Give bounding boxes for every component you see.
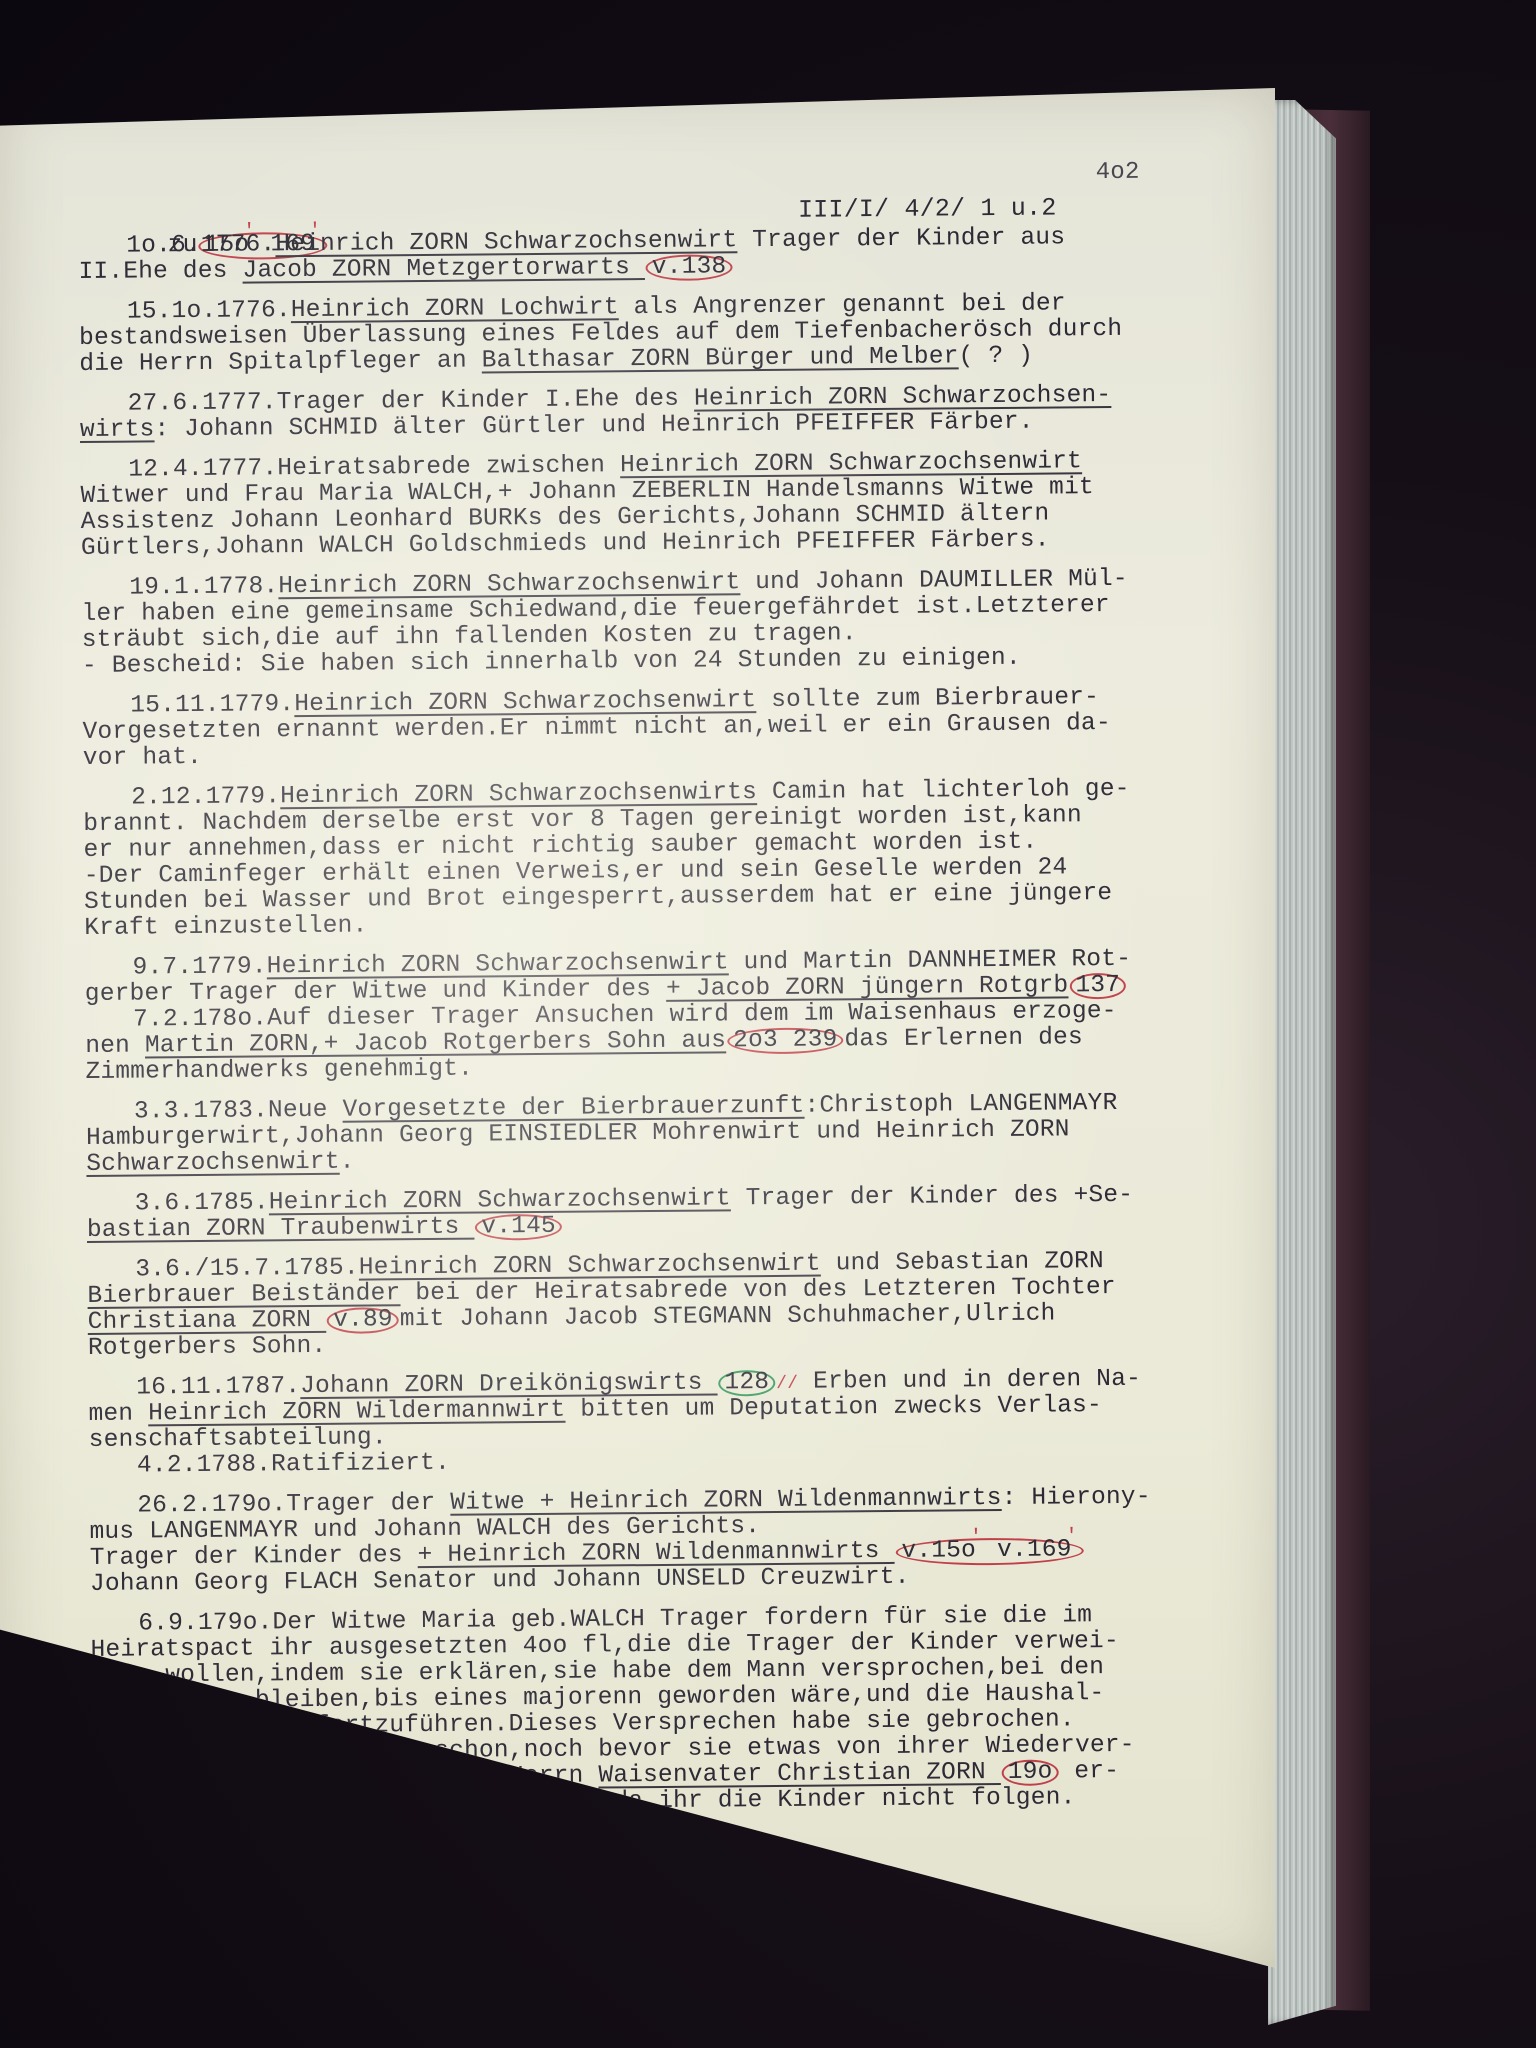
page-number: 4o2	[1096, 159, 1140, 186]
reference-number: v.15o	[901, 1537, 976, 1565]
text-line: 3.3.1783.Neue Vorgesetzte der Bierbrauer…	[86, 1090, 1266, 1126]
text-line: 3.6.1785.Heinrich ZORN Schwarzochsenwirt…	[87, 1182, 1267, 1218]
circled-reference: v.89	[327, 1307, 399, 1334]
entry-gap	[88, 1352, 1268, 1376]
text-line: ler haben eine gemeinsame Schiedwand,die…	[81, 592, 1261, 628]
line-text: bitten um Deputation zwecks Verlas-	[565, 1392, 1102, 1424]
underlined-name: Johann ZORN Dreikönigswirts	[300, 1369, 718, 1400]
reference-number: 2o3	[733, 1027, 778, 1054]
text-line: 16.11.1787.Johann ZORN Dreikönigswirts 1…	[88, 1366, 1268, 1402]
text-line: 6.9.179o.Der Witwe Maria geb.WALCH Trage…	[90, 1602, 1270, 1638]
text-line: 2.12.1779.Heinrich ZORN Schwarzochsenwir…	[83, 776, 1263, 812]
circled-reference: v.145	[475, 1214, 562, 1241]
underlined-name: Heinrich ZORN Schwarzochsenwirt	[269, 1185, 731, 1216]
line-text: Trager der Kinder des	[90, 1542, 418, 1572]
text-line: Heiratspact ihr ausgesetzten 4oo fl,die …	[90, 1628, 1270, 1664]
line-text: Ratifiziert.	[271, 1450, 450, 1479]
entry-gap	[86, 1076, 1266, 1100]
text-line: 12.4.1777.Heiratsabrede zwischen Heinric…	[80, 448, 1260, 484]
line-text: : Hierony-	[1002, 1484, 1151, 1512]
entry-gap	[81, 552, 1261, 576]
underlined-name: Heinrich ZORN Lochwirt	[291, 294, 619, 324]
line-text: Camin hat lichterloh ge-	[757, 776, 1130, 806]
text-line: brannt. Nachdem derselbe erst vor 8 Tage…	[83, 802, 1263, 838]
entry-gap	[89, 1470, 1269, 1494]
line-text: -Der Caminfeger erhält einen Verweis,er …	[84, 854, 1068, 890]
text-line: Witwer und Frau Maria WALCH,+ Johann ZEB…	[80, 474, 1260, 510]
line-text: mus LANGENMAYR und Johann WALCH des Geri…	[89, 1513, 760, 1546]
underlined-name: Heinrich ZORN Schwarzochsenwirt	[359, 1251, 821, 1282]
line-text: Witwer und Frau Maria WALCH,+ Johann ZEB…	[80, 474, 1094, 510]
line-text: II.Ehe des	[78, 258, 242, 286]
entry: 6.9.179o.Der Witwe Maria geb.WALCH Trage…	[90, 1602, 1272, 1846]
line-text: bestandsweisen Überlassung eines Feldes …	[79, 316, 1122, 352]
line-text: bei der Heiratsabrede von des Letzteren …	[400, 1274, 1116, 1307]
line-text: Auf dieser Trager Ansuchen wird dem im W…	[267, 998, 1117, 1032]
entry-date: 3.3.1783.	[134, 1097, 268, 1125]
text-line: mus LANGENMAYR und Johann WALCH des Geri…	[89, 1510, 1269, 1546]
line-text: Hamburgerwirt,Johann Georg EINSIEDLER Mo…	[86, 1116, 1070, 1152]
line-text: Heiratspact ihr ausgesetzten 4oo fl,die …	[90, 1628, 1118, 1664]
text-line: 26.2.179o.Trager der Witwe + Heinrich ZO…	[89, 1484, 1269, 1520]
line-text: - Bescheid: Sie haben sich innerhalb von…	[82, 645, 1021, 680]
text-line: men Heinrich ZORN Wildermannwirt bitten …	[88, 1392, 1268, 1428]
line-text: Rotgerbers Sohn.	[88, 1333, 327, 1362]
entry-gap	[87, 1234, 1267, 1258]
line-text: Der Witwe Maria geb.WALCH Trager fordern…	[272, 1602, 1092, 1636]
line-text: er nur annehmen,dass er nicht richtig sa…	[83, 829, 1037, 864]
underlined-name: + Heinrich ZORN Wildenmannwirts	[418, 1538, 895, 1569]
entry: 3.3.1783.Neue Vorgesetzte der Bierbrauer…	[86, 1090, 1267, 1178]
text-line: Gürtlers,Johann WALCH Goldschmieds und H…	[81, 526, 1261, 562]
line-text: senschaftsabteilung.	[89, 1424, 387, 1454]
circled-reference-green: 128	[718, 1370, 775, 1396]
line-text: men	[88, 1400, 148, 1428]
line-text: Gürtlers,Johann WALCH Goldschmieds und H…	[81, 527, 1050, 562]
line-text: Erben und in deren Na-	[798, 1366, 1141, 1396]
entry-date: 6.9.179o.	[138, 1609, 272, 1637]
text-line: vor hat.	[83, 736, 1263, 772]
entry-date: 15.11.1779.	[130, 691, 294, 719]
entry-date: 27.6.1777.	[128, 389, 277, 417]
underlined-name: Waisenvater Christian ZORN	[598, 1759, 1001, 1790]
text-line: -Der Caminfeger erhält einen Verweis,er …	[84, 854, 1264, 890]
line-text: mit Johann Jacob STEGMANN Schuhmacher,Ul…	[400, 1301, 1056, 1334]
text-line: senschaftsabteilung.	[89, 1418, 1269, 1454]
text-line: - Sie erhält ihre 4oo fl.	[92, 1810, 1272, 1846]
text-line: 1o.6.1776.Heinrich ZORN Schwarzochsenwir…	[78, 224, 1258, 260]
typewritten-sheet: 4o2 III/I/ 4/2/ 1 u.2 zu15o' 169' 1o.6.1…	[78, 198, 1272, 1846]
text-line: Bierbrauer Beiständer bei der Heiratsabr…	[87, 1274, 1267, 1310]
line-text: Trager der Kinder aus	[737, 224, 1065, 254]
text-line: klärt,dass sie nicht bleiben könne,da ih…	[92, 1784, 1272, 1820]
line-text: Kindern zu bleiben,bis eines majorenn ge…	[91, 1680, 1105, 1716]
entry: 15.11.1779.Heinrich ZORN Schwarzochsenwi…	[82, 684, 1263, 772]
strike-mark: //	[776, 1374, 798, 1394]
entry: 15.1o.1776.Heinrich ZORN Lochwirt als An…	[79, 290, 1260, 378]
circled-reference: 137	[1069, 973, 1126, 999]
underlined-name: Heinrich ZORN Schwarzochsenwirt	[620, 448, 1082, 479]
underlined-name: + Jacob ZORN jüngern Rotgrb	[666, 972, 1069, 1003]
reference-number: v.169	[997, 1536, 1072, 1564]
text-line: 7.2.178o.Auf dieser Trager Ansuchen wird…	[85, 998, 1265, 1034]
line-text: Trager der	[286, 1490, 450, 1518]
line-text: Stunden bei Wasser und Brot eingesperrt,…	[84, 880, 1112, 916]
entry-gap	[79, 368, 1259, 392]
entry-gap	[86, 1168, 1266, 1192]
text-line: 19.1.1778.Heinrich ZORN Schwarzochsenwir…	[81, 566, 1261, 602]
entry-date: 3.6./15.7.1785.	[135, 1255, 359, 1284]
line-text: heiratung gewusst hätte,dem Herrn	[92, 1763, 599, 1794]
entry-date: 26.2.179o.	[137, 1491, 286, 1519]
entry-gap	[80, 434, 1260, 458]
line-text: Vorgesetzten ernannt werden.Er nimmt nic…	[82, 710, 1110, 746]
underlined-name: Vorgesetzte der Bierbrauerzunft	[342, 1093, 804, 1124]
circled-reference: 19o	[1002, 1760, 1059, 1786]
entry: 16.11.1787.Johann ZORN Dreikönigswirts 1…	[88, 1366, 1269, 1480]
underlined-name: Heinrich ZORN Schwarzochsenwirt	[275, 227, 737, 258]
underlined-name: Heinrich ZORN Schwarzochsenwirts	[280, 779, 757, 810]
entry-gap	[90, 1588, 1270, 1612]
text-line: Rotgerbers Sohn.	[88, 1326, 1268, 1362]
underlined-name: bastian ZORN Traubenwirts	[87, 1214, 475, 1244]
text-line: wirts: Johann SCHMID älter Gürtler und H…	[80, 408, 1260, 444]
text-line: Zimmerhandwerks genehmigt.	[85, 1050, 1265, 1086]
line-text: er-	[1059, 1758, 1119, 1786]
underlined-name: Heinrich ZORN Wildermannwirt	[148, 1397, 566, 1428]
circled-reference-pair: v.15o' v.169'	[895, 1537, 1084, 1566]
text-line: Trager der Kinder des + Heinrich ZORN Wi…	[90, 1536, 1270, 1572]
line-text: und Johann DAUMILLER Mül-	[740, 566, 1128, 596]
line-text: Trager der Kinder I.Ehe des	[277, 386, 695, 417]
text-line: 27.6.1777.Trager der Kinder I.Ehe des He…	[80, 382, 1260, 418]
line-text: -Sie erklärt,sie hätte schon,noch bevor …	[91, 1732, 1134, 1768]
entry: 3.6./15.7.1785.Heinrich ZORN Schwarzochs…	[87, 1248, 1268, 1362]
text-line: 4.2.1788.Ratifiziert.	[89, 1444, 1269, 1480]
text-line: -Sie erklärt,sie hätte schon,noch bevor …	[91, 1732, 1271, 1768]
line-text: ( ? )	[958, 343, 1033, 371]
underlined-name: Bierbrauer Beiständer	[87, 1280, 400, 1310]
entry: 1o.6.1776.Heinrich ZORN Schwarzochsenwir…	[78, 224, 1258, 286]
line-text: brannt. Nachdem derselbe erst vor 8 Tage…	[83, 802, 1082, 838]
line-text: Johann Georg FLACH Senator und Johann UN…	[90, 1564, 910, 1598]
text-line: Assistenz Johann Leonhard BURKs des Geri…	[81, 500, 1261, 536]
text-line: bestandsweisen Überlassung eines Feldes …	[79, 316, 1259, 352]
entry-date: 19.1.1778.	[129, 573, 278, 601]
line-text: Trager der Kinder des +Se-	[731, 1182, 1134, 1213]
text-line: Vorgesetzten ernannt werden.Er nimmt nic…	[82, 710, 1262, 746]
entry-gap	[79, 276, 1259, 300]
shelfmark: III/I/ 4/2/ 1 u.2	[798, 193, 1057, 224]
text-line: heiratung gewusst hätte,dem Herrn Waisen…	[92, 1758, 1272, 1794]
line-text: :Christoph LANGENMAYR	[804, 1090, 1117, 1120]
entry-gap	[82, 670, 1262, 694]
line-text: - Sie erhält ihre 4oo fl.	[92, 1816, 465, 1846]
underlined-name: Witwe + Heinrich ZORN Wildenmannwirts	[450, 1485, 1002, 1517]
text-line: bastian ZORN Traubenwirts v.145	[87, 1208, 1267, 1244]
text-line: tungsgeschäfte fortzuführen.Dieses Versp…	[91, 1706, 1271, 1742]
cross-reference: zu15o' 169'	[78, 198, 1258, 234]
text-line: sträubt sich,die auf ihn fallenden Koste…	[82, 618, 1262, 654]
entries-list: 1o.6.1776.Heinrich ZORN Schwarzochsenwir…	[78, 224, 1272, 1846]
text-line: 9.7.1779.Heinrich ZORN Schwarzochsenwirt…	[85, 946, 1265, 982]
entry-gap	[83, 762, 1263, 786]
line-text: als Angrenzer genannt bei der	[619, 290, 1066, 321]
line-text: .	[340, 1149, 355, 1176]
cross-reference-prefix: zu	[168, 232, 198, 259]
entry-date: 4.2.1788.	[137, 1451, 271, 1479]
entry: 19.1.1778.Heinrich ZORN Schwarzochsenwir…	[81, 566, 1262, 680]
reference-number: 239	[793, 1026, 838, 1053]
entry-gap	[84, 932, 1264, 956]
underlined-name: Schwarzochsenwirt	[86, 1149, 340, 1178]
underlined-name: Heinrich ZORN Schwarzochsenwirt	[278, 569, 740, 600]
text-line: 15.1o.1776.Heinrich ZORN Lochwirt als An…	[79, 290, 1259, 326]
entry-date: 1o.6.1776.	[126, 231, 275, 259]
line-text: und Martin DANNHEIMER Rot-	[729, 946, 1132, 977]
text-line: die Herrn Spitalpfleger an Balthasar ZOR…	[79, 342, 1259, 378]
text-line: Schwarzochsenwirt.	[86, 1142, 1266, 1178]
underlined-name: Christiana ZORN	[88, 1307, 327, 1336]
text-line: Stunden bei Wasser und Brot eingesperrt,…	[84, 880, 1264, 916]
underlined-name: Martin ZORN,+ Jacob Rotgerbers Sohn aus	[145, 1027, 726, 1059]
book-page: 4o2 III/I/ 4/2/ 1 u.2 zu15o' 169' 1o.6.1…	[0, 88, 1275, 1968]
entry: 26.2.179o.Trager der Witwe + Heinrich ZO…	[89, 1484, 1270, 1598]
line-text: sollte zum Bierbrauer-	[756, 684, 1099, 714]
line-text: und Sebastian ZORN	[821, 1248, 1104, 1277]
line-text: klärt,dass sie nicht bleiben könne,da ih…	[92, 1784, 1076, 1820]
text-line: 3.6./15.7.1785.Heinrich ZORN Schwarzochs…	[87, 1248, 1267, 1284]
entry-date: 15.1o.1776.	[127, 297, 291, 325]
text-line: Kindern zu bleiben,bis eines majorenn ge…	[91, 1680, 1271, 1716]
text-line: Kraft einzustellen.	[84, 906, 1264, 942]
line-text: vor hat.	[83, 744, 202, 772]
circled-reference: 15o' 169'	[198, 232, 327, 260]
line-text: sträubt sich,die auf ihn fallenden Koste…	[82, 620, 857, 654]
entry: 2.12.1779.Heinrich ZORN Schwarzochsenwir…	[83, 776, 1264, 942]
tick-mark: '	[970, 1526, 982, 1549]
tick-mark: '	[1065, 1525, 1077, 1548]
text-line: Christiana ZORN v.89mit Johann Jacob STE…	[88, 1300, 1268, 1336]
line-text: Kraft einzustellen.	[84, 913, 367, 942]
line-text: nen	[85, 1032, 145, 1060]
text-line: nen Martin ZORN,+ Jacob Rotgerbers Sohn …	[85, 1024, 1265, 1060]
circled-reference-pair: 2o3 239	[727, 1027, 844, 1054]
underlined-name: Jacob ZORN Metzgertorwarts	[242, 254, 645, 285]
entry: 27.6.1777.Trager der Kinder I.Ehe des He…	[80, 382, 1260, 444]
text-line: er nur annehmen,dass er nicht richtig sa…	[83, 828, 1263, 864]
entry-date: 3.6.1785.	[135, 1189, 269, 1217]
text-line: II.Ehe des Jacob ZORN Metzgertorwarts v.…	[78, 250, 1258, 286]
text-line: gerber Trager der Witwe und Kinder des +…	[85, 972, 1265, 1008]
text-line: 15.11.1779.Heinrich ZORN Schwarzochsenwi…	[82, 684, 1262, 720]
entry: 9.7.1779.Heinrich ZORN Schwarzochsenwirt…	[85, 946, 1266, 1086]
entry-date: 9.7.1779.	[133, 953, 267, 981]
entry-date: 2.12.1779.	[131, 783, 280, 811]
text-line: - Bescheid: Sie haben sich innerhalb von…	[82, 644, 1262, 680]
entry-date: 7.2.178o.	[133, 1005, 267, 1033]
line-text: : Johann SCHMID älter Gürtler und Heinri…	[154, 409, 1033, 444]
line-text: gerber Trager der Witwe und Kinder des	[85, 976, 666, 1008]
underlined-name: Heinrich ZORN Schwarzochsenwirt	[294, 687, 756, 718]
line-text: das Erlernen des	[844, 1024, 1083, 1053]
line-text: tungsgeschäfte fortzuführen.Dieses Versp…	[91, 1706, 1075, 1742]
entry: 12.4.1777.Heiratsabrede zwischen Heinric…	[80, 448, 1261, 562]
underlined-name: wirts	[80, 416, 155, 444]
line-text: ler haben eine gemeinsame Schiedwand,die…	[81, 592, 1109, 628]
underlined-name: Heinrich ZORN Schwarzochsenwirt	[267, 949, 729, 980]
text-line: Johann Georg FLACH Senator und Johann UN…	[90, 1562, 1270, 1598]
circled-reference: v.138	[646, 254, 733, 281]
line-text: Neue	[268, 1097, 343, 1125]
text-line: Hamburgerwirt,Johann Georg EINSIEDLER Mo…	[86, 1116, 1266, 1152]
line-text: Heiratsabrede zwischen	[277, 452, 620, 482]
entry-date: 16.11.1787.	[136, 1373, 300, 1401]
page-edges	[1268, 100, 1336, 2025]
line-text: gern wollen,indem sie erklären,sie habe …	[91, 1654, 1105, 1690]
line-text: Zimmerhandwerks genehmigt.	[85, 1056, 473, 1086]
text-line: gern wollen,indem sie erklären,sie habe …	[91, 1654, 1271, 1690]
line-text: Assistenz Johann Leonhard BURKs des Geri…	[81, 501, 1050, 536]
line-text: die Herrn Spitalpfleger an	[79, 347, 482, 378]
underlined-name: Heinrich ZORN Schwarzochsen-	[694, 382, 1112, 413]
underlined-name: Balthasar ZORN Bürger und Melber	[482, 343, 959, 374]
entry-date: 12.4.1777.	[128, 455, 277, 483]
entry: 3.6.1785.Heinrich ZORN Schwarzochsenwirt…	[87, 1182, 1267, 1244]
